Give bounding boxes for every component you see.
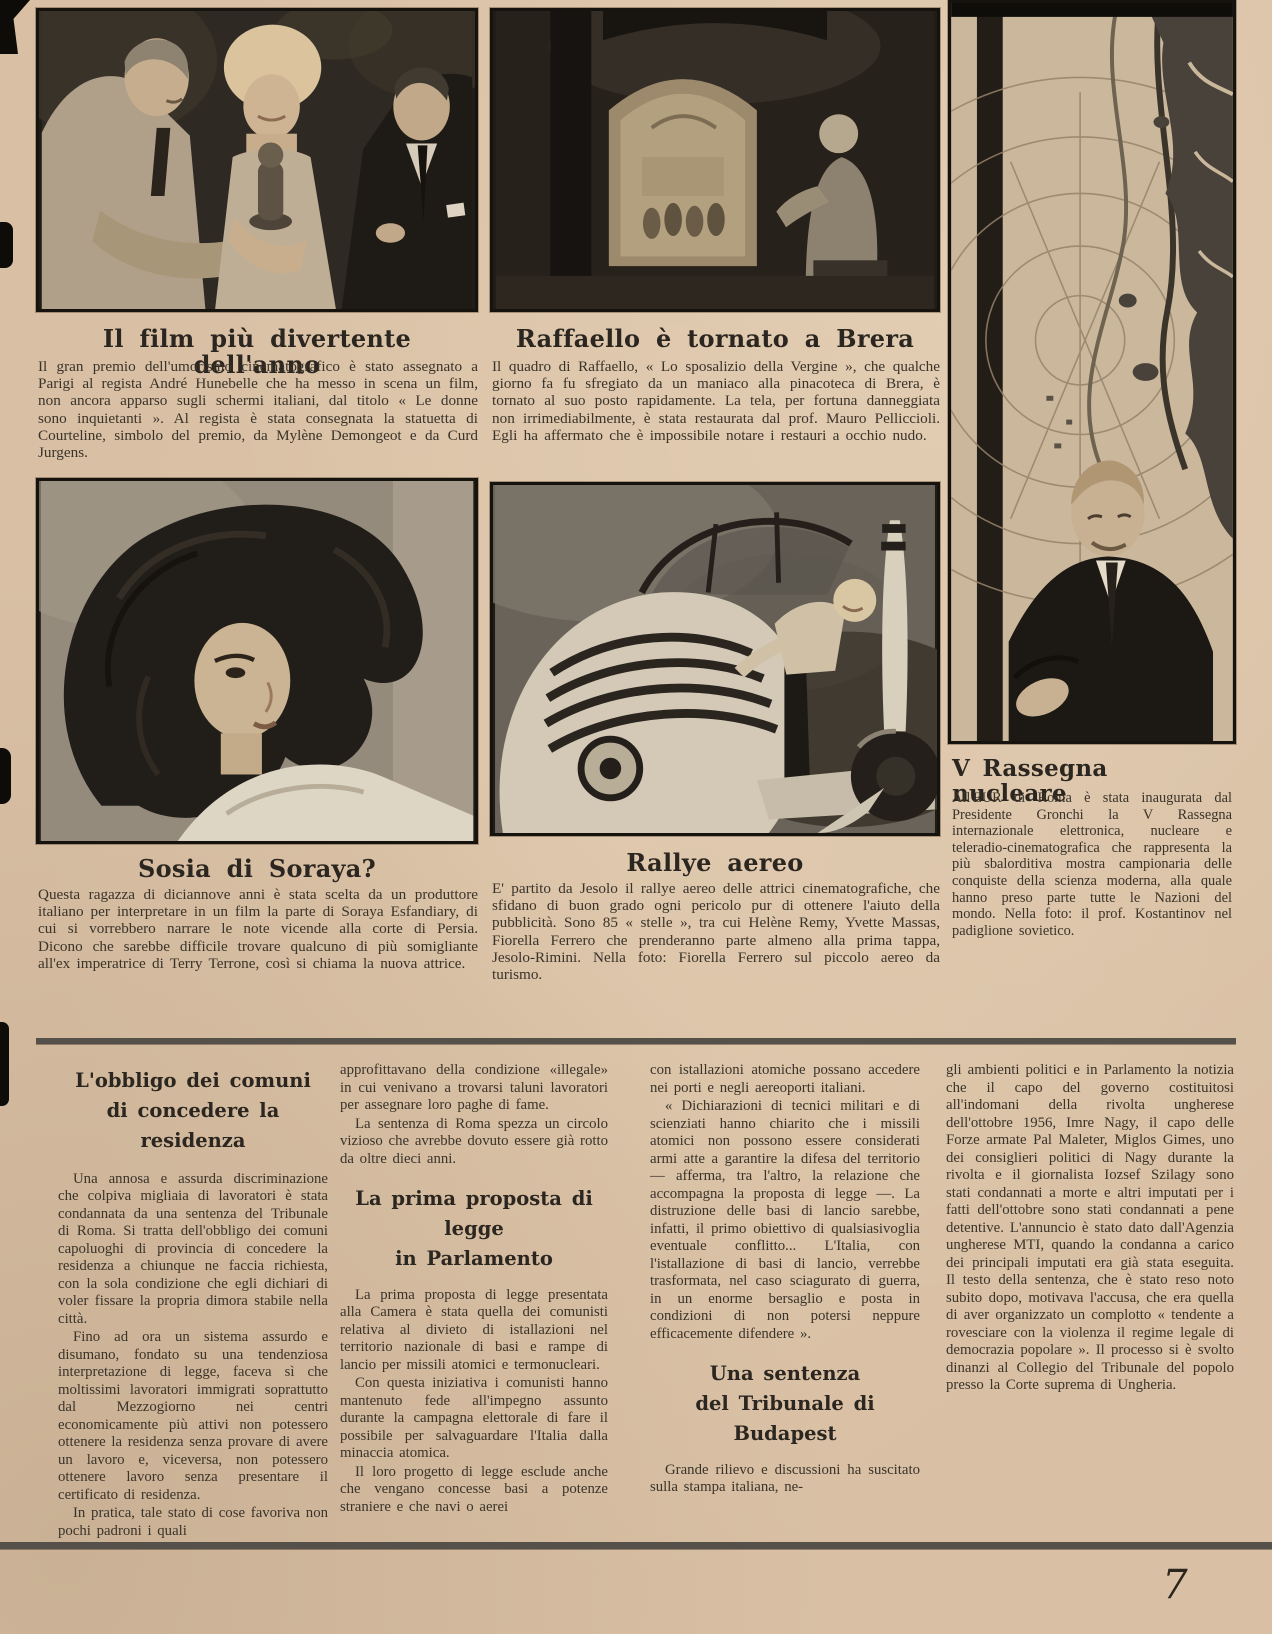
heading-line: La prima proposta di legge <box>340 1184 608 1244</box>
article-paragraph: La sentenza di Roma spezza un circolo vi… <box>340 1116 608 1169</box>
photo-brera-illustration <box>493 11 937 309</box>
article-column-2: approfittavano della condizione «illegal… <box>340 1062 608 1517</box>
scan-artifact <box>0 0 30 54</box>
story-rallye-body: E' partito da Jesolo il rallye aereo del… <box>492 880 940 983</box>
photo-nuclear-review <box>948 0 1236 744</box>
article-paragraph: con istallazioni atomiche possano accede… <box>650 1062 920 1097</box>
story-nucleare-body: All'EUR di Roma è stata inaugurata dal P… <box>952 790 1232 939</box>
magazine-page: Il film più divertente dell'anno Il gran… <box>0 0 1272 1634</box>
article-column-1: L'obbligo dei comuni di concedere la res… <box>58 1054 328 1541</box>
article-column-4: gli ambienti politici e in Parlamento la… <box>946 1062 1234 1396</box>
article-heading-budapest: Una sentenza del Tribunale di Budapest <box>650 1359 920 1450</box>
heading-line: di concedere la residenza <box>58 1096 328 1156</box>
headline-rallye: Rallye aereo <box>490 850 940 876</box>
photo-brera-restoration <box>490 8 940 312</box>
photo-soraya-illustration <box>39 481 475 841</box>
article-heading-proposta: La prima proposta di legge in Parlamento <box>340 1184 608 1275</box>
story-soraya-body: Questa ragazza di diciannove anni è stat… <box>38 886 478 972</box>
section-divider-top <box>36 1038 1236 1044</box>
article-paragraph: La prima proposta di legge presentata al… <box>340 1287 608 1375</box>
photo-soraya-lookalike <box>36 478 478 844</box>
article-paragraph: approfittavano della condizione «illegal… <box>340 1062 608 1115</box>
photo-film-award-illustration <box>39 11 475 309</box>
headline-soraya: Sosia di Soraya? <box>36 856 478 882</box>
article-paragraph: In pratica, tale stato di cose favoriva … <box>58 1505 328 1540</box>
scan-artifact <box>0 1022 9 1106</box>
article-heading-residenza: L'obbligo dei comuni di concedere la res… <box>58 1066 328 1157</box>
heading-line: del Tribunale di Budapest <box>650 1389 920 1449</box>
article-paragraph: Una annosa e assurda discriminazione che… <box>58 1171 328 1329</box>
article-paragraph: Il loro progetto di legge esclude anche … <box>340 1464 608 1517</box>
headline-brera: Raffaello è tornato a Brera <box>490 326 940 352</box>
story-film-body: Il gran premio dell'umorismo cinematogra… <box>38 358 478 461</box>
heading-line: Una sentenza <box>650 1359 920 1389</box>
page-number: 7 <box>1140 1562 1210 1608</box>
article-paragraph: Grande rilievo e discussioni ha suscitat… <box>650 1462 920 1497</box>
scan-artifact <box>0 748 11 804</box>
heading-line: in Parlamento <box>340 1244 608 1274</box>
section-divider-bottom <box>0 1542 1272 1549</box>
story-brera-body: Il quadro di Raffaello, « Lo sposalizio … <box>492 358 940 444</box>
heading-line: L'obbligo dei comuni <box>58 1066 328 1096</box>
article-paragraph: Fino ad ora un sistema assurdo e disuman… <box>58 1329 328 1504</box>
article-paragraph: Con questa iniziativa i comunisti hanno … <box>340 1375 608 1463</box>
scan-artifact <box>0 222 13 268</box>
photo-film-award <box>36 8 478 312</box>
photo-air-rally <box>490 482 940 836</box>
article-paragraph: « Dichiarazioni di tecnici militari e di… <box>650 1098 920 1343</box>
photo-nuclear-illustration <box>951 3 1233 741</box>
article-paragraph: gli ambienti politici e in Parlamento la… <box>946 1062 1234 1395</box>
article-column-3: con istallazioni atomiche possano accede… <box>650 1062 920 1498</box>
photo-rallye-illustration <box>493 485 937 833</box>
